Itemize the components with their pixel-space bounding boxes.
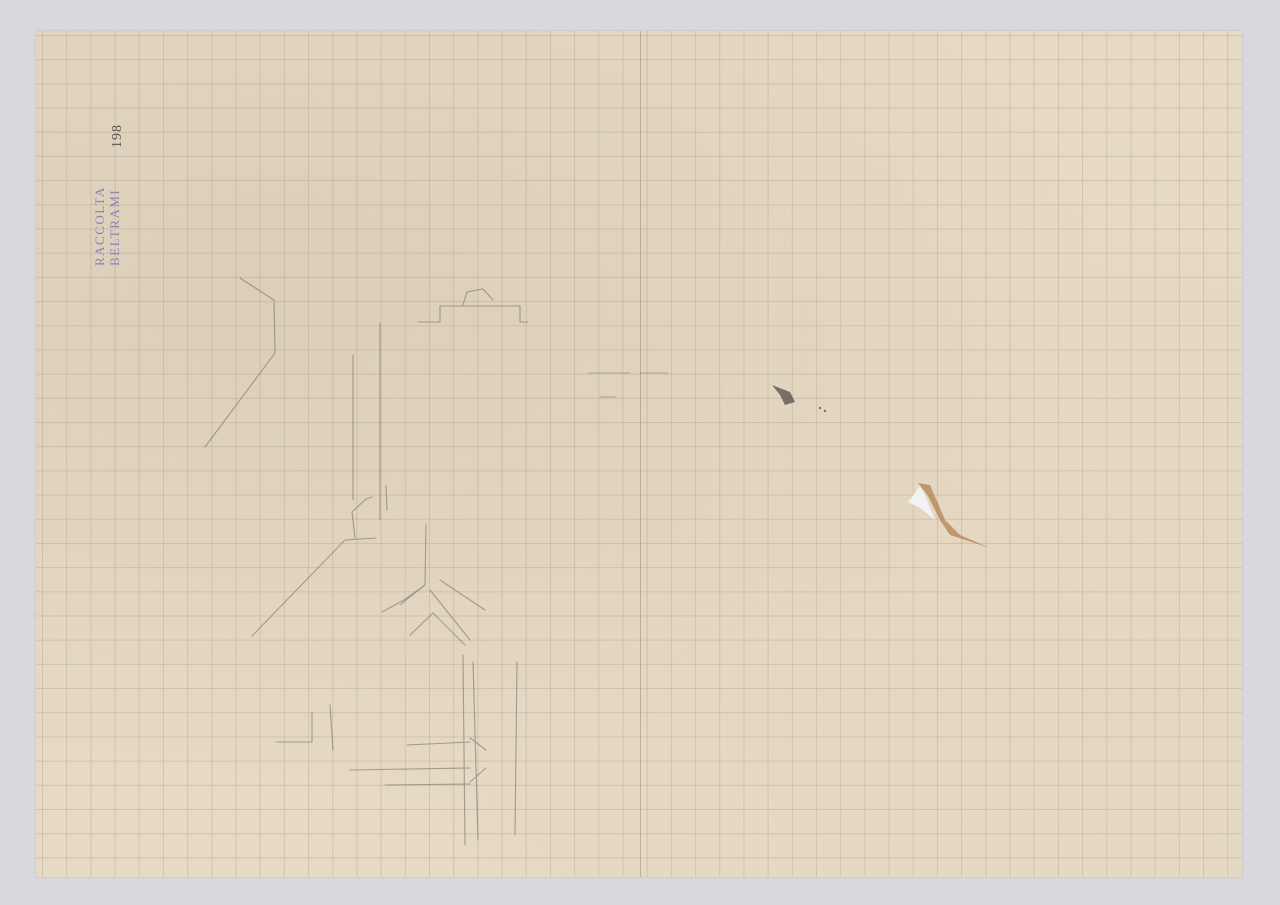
sketch-diagonal-upper (205, 278, 275, 447)
sketch-top-finial (463, 289, 493, 305)
sketch-top-bracket (418, 306, 528, 322)
ink-blot (772, 385, 826, 412)
burn-hole (908, 483, 990, 548)
sketch-diagonal-lower (252, 538, 376, 636)
pencil-sketch-layer (0, 0, 1280, 905)
